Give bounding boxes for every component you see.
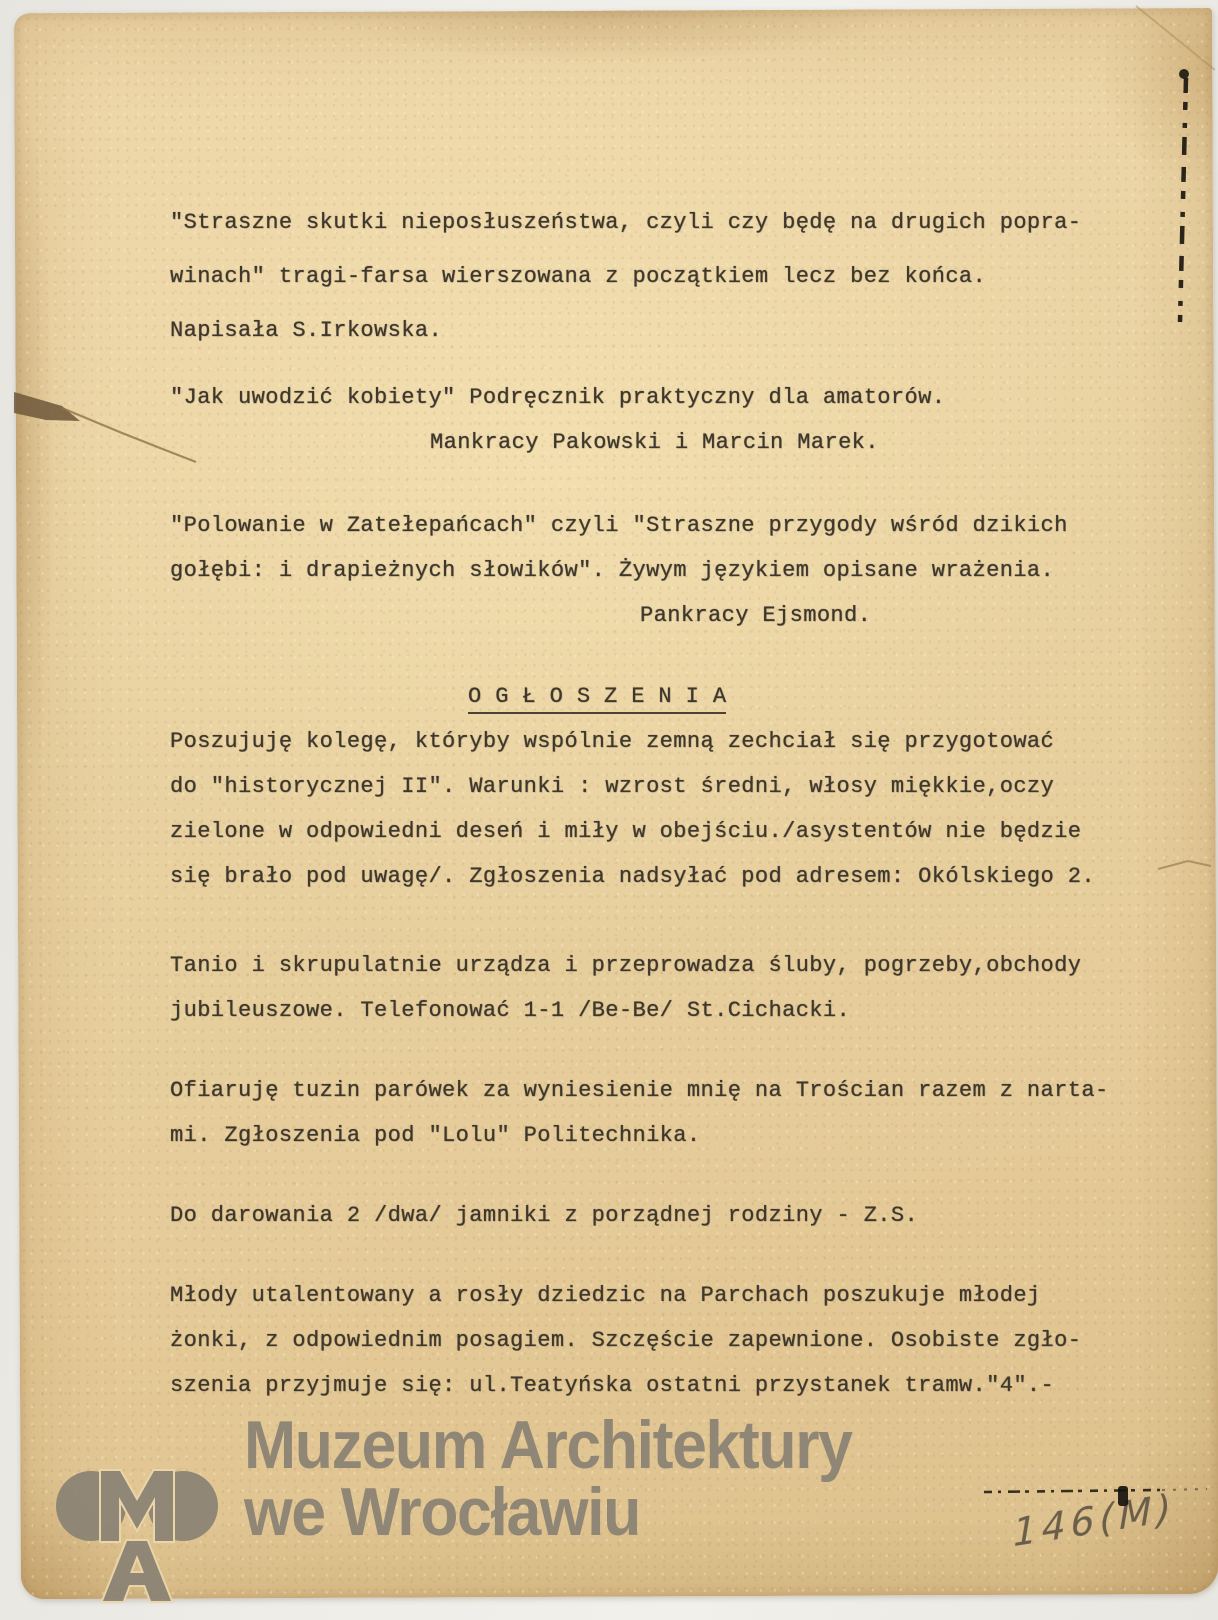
typescript-line: żonki, z odpowiednim posagiem. Szczęście… [170, 1318, 1120, 1363]
typescript-line: jubileuszowe. Telefonować 1-1 /Be-Be/ St… [170, 988, 1120, 1033]
typescript-line: Młody utalentowany a rosły dziedzic na P… [170, 1273, 1120, 1318]
paragraph: O G Ł O S Z E N I A [170, 674, 1120, 719]
museum-watermark: Muzeum Architektury we Wrocławiu [56, 1396, 904, 1620]
typescript-line: "Polowanie w Zatełepańcach" czyli "Stras… [170, 503, 1120, 548]
typescript-line: Tanio i skrupulatnie urządza i przeprowa… [170, 943, 1120, 988]
typescript-line: gołębi: i drapieżnych słowików". Żywym j… [170, 548, 1120, 593]
typescript-line: "Straszne skutki nieposłuszeństwa, czyli… [170, 196, 1120, 250]
museum-name: Muzeum Architektury we Wrocławiu [244, 1412, 852, 1546]
typescript-line: Poszujuję kolegę, któryby wspólnie zemną… [170, 719, 1120, 764]
paragraph: Tanio i skrupulatnie urządza i przeprowa… [170, 943, 1120, 1033]
typescript-line: do "historycznej II". Warunki : wzrost ś… [170, 764, 1120, 809]
typescript-line: Napisała S.Irkowska. [170, 304, 1120, 358]
typescript-line: mi. Zgłoszenia pod "Lolu" Politechnika. [170, 1113, 1120, 1158]
typescript-line: się brało pod uwagę/. Zgłoszenia nadsyła… [170, 854, 1120, 899]
paragraph: Poszujuję kolegę, któryby wspólnie zemną… [170, 719, 1120, 899]
typescript-line: O G Ł O S Z E N I A [170, 674, 1120, 719]
typescript-line: Mankracy Pakowski i Marcin Marek. [170, 420, 1120, 465]
paragraph: "Jak uwodzić kobiety" Podręcznik praktyc… [170, 375, 1120, 465]
typescript-line: winach" tragi-farsa wierszowana z począt… [170, 250, 1120, 304]
paragraph: Ofiaruję tuzin parówek za wyniesienie mn… [170, 1068, 1120, 1158]
typescript-line: Ofiaruję tuzin parówek za wyniesienie mn… [170, 1068, 1120, 1113]
typescript-text-block: "Straszne skutki nieposłuszeństwa, czyli… [170, 196, 1120, 1408]
paragraph: "Polowanie w Zatełepańcach" czyli "Stras… [170, 503, 1120, 638]
museum-ma-logo-icon [56, 1452, 218, 1620]
paragraph: Do darowania 2 /dwa/ jamniki z porządnej… [170, 1193, 1120, 1238]
paragraph: Młody utalentowany a rosły dziedzic na P… [170, 1273, 1120, 1408]
typescript-line: Pankracy Ejsmond. [170, 593, 1120, 638]
museum-name-line1: Muzeum Architektury [244, 1412, 852, 1479]
typescript-line: "Jak uwodzić kobiety" Podręcznik praktyc… [170, 375, 1120, 420]
typescript-line: Do darowania 2 /dwa/ jamniki z porządnej… [170, 1193, 1120, 1238]
document-scan: { "scan": { "background_color": "#efede8… [0, 0, 1218, 1620]
museum-name-line2: we Wrocławiu [244, 1479, 852, 1546]
paragraph: "Straszne skutki nieposłuszeństwa, czyli… [170, 196, 1120, 358]
typescript-line: zielone w odpowiedni deseń i miły w obej… [170, 809, 1120, 854]
